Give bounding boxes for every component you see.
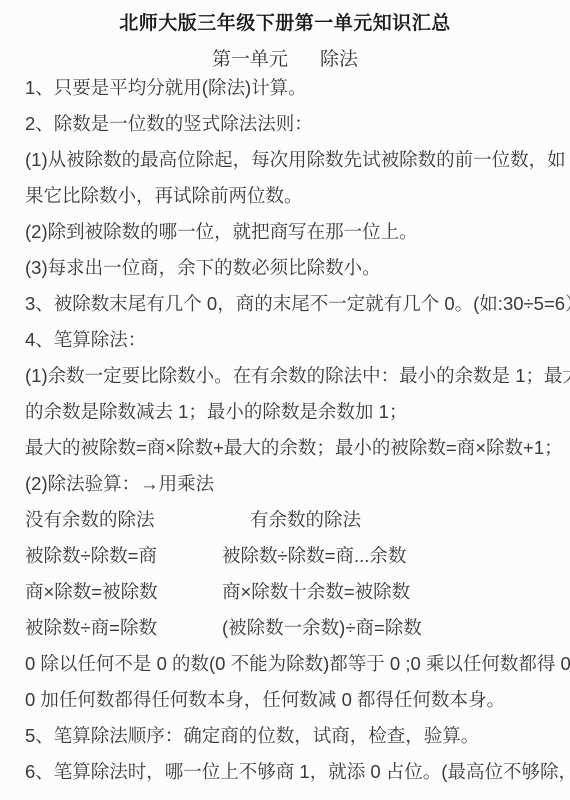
page-title: 北师大版三年级下册第一单元知识汇总 xyxy=(0,8,570,35)
text-line-zero-rule2: 0 加任何数都得任何数本身，任何数减 0 都得任何数本身。 xyxy=(25,682,552,718)
document-page: 北师大版三年级下册第一单元知识汇总 第一单元除法 1、只要是平均分就用(除法)计… xyxy=(0,0,570,800)
comparison-row-dividend: 商×除数=被除数 商×除数十余数=被除数 xyxy=(25,574,552,610)
formula-left-1: 被除数÷除数=商 xyxy=(25,538,222,574)
text-line-rule2-sub3: (3)每求出一位商，余下的数必须比除数小。 xyxy=(25,250,552,286)
text-line-zero-rule1: 0 除以任何不是 0 的数(0 不能为除数)都等于 0 ;0 乘以任何数都得 0… xyxy=(25,646,552,682)
formula-right-2: 商×除数十余数=被除数 xyxy=(222,574,552,610)
text-line-rule4-sub1b: 的余数是除数减去 1；最小的除数是余数加 1； xyxy=(25,394,552,430)
text-line-rule4-formulas: 最大的被除数=商×除数+最大的余数；最小的被除数=商×除数+1； xyxy=(25,430,552,466)
text-line-rule4: 4、笔算除法： xyxy=(25,322,552,358)
unit-subtitle: 第一单元除法 xyxy=(0,44,570,71)
formula-left-2: 商×除数=被除数 xyxy=(25,574,222,610)
comparison-header-left: 没有余数的除法 xyxy=(25,502,222,538)
document-body: 1、只要是平均分就用(除法)计算。 2、除数是一位数的竖式除法法则： (1)从被… xyxy=(25,70,552,790)
text-line-rule2-sub1a: (1)从被除数的最高位除起，每次用除数先试被除数的前一位数，如 xyxy=(25,142,552,178)
comparison-header-row: 没有余数的除法 有余数的除法 xyxy=(25,502,552,538)
text-line-rule2-sub2: (2)除到被除数的哪一位，就把商写在那一位上。 xyxy=(25,214,552,250)
text-line-rule2-sub1b: 果它比除数小，再试除前两位数。 xyxy=(25,178,552,214)
text-line-rule2: 2、除数是一位数的竖式除法法则： xyxy=(25,106,552,142)
formula-right-1: 被除数÷除数=商...余数 xyxy=(222,538,552,574)
text-line-rule4-sub1a: (1)余数一定要比除数小。在有余数的除法中：最小的余数是 1；最大 xyxy=(25,358,552,394)
text-line-rule5: 5、笔算除法顺序：确定商的位数，试商，检查，验算。 xyxy=(25,718,552,754)
comparison-row-divisor: 被除数÷商=除数 (被除数一余数)÷商=除数 xyxy=(25,610,552,646)
formula-right-3: (被除数一余数)÷商=除数 xyxy=(222,610,552,646)
topic-label: 除法 xyxy=(320,49,358,70)
text-line-rule4-sub2: (2)除法验算：→用乘法 xyxy=(25,466,552,502)
text-line-rule3: 3、被除数末尾有几个 0，商的末尾不一定就有几个 0。(如:30÷5=6） xyxy=(25,286,552,322)
text-line-rule6: 6、笔算除法时，哪一位上不够商 1，就添 0 占位。(最高位不够除， xyxy=(25,754,552,790)
comparison-header-right: 有余数的除法 xyxy=(222,502,552,538)
text-line-rule1: 1、只要是平均分就用(除法)计算。 xyxy=(25,70,552,106)
unit-label: 第一单元 xyxy=(212,49,288,70)
formula-left-3: 被除数÷商=除数 xyxy=(25,610,222,646)
comparison-row-quotient: 被除数÷除数=商 被除数÷除数=商...余数 xyxy=(25,538,552,574)
